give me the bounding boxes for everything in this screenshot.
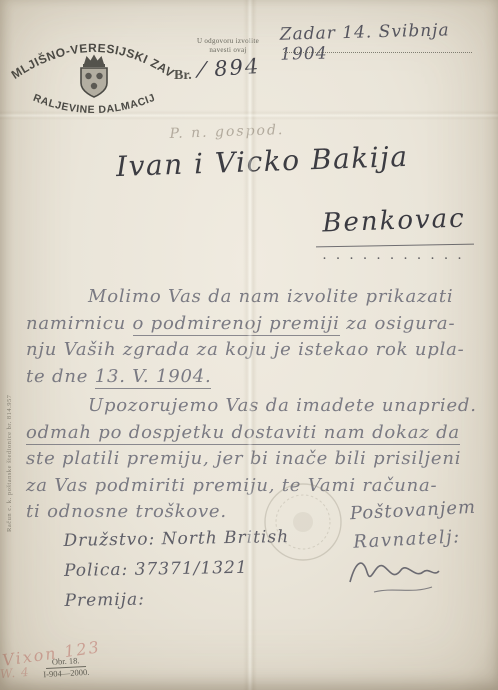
underlined-date: 13. V. 1904. [95,366,212,389]
recipient-place: Benkovac [306,203,483,239]
premium-line: Premija: [64,582,290,616]
place-underline [316,244,474,248]
reference-printed-label: Br. [174,68,192,84]
reply-note: U odgovoru izvolite navesti ovaj [182,37,274,54]
underlined-phrase: o podmirenoj premiji [133,313,340,336]
dotted-separator: . . . . . . . . . . . [318,250,470,262]
body-line: Molimo Vas da nam izvolite prikazati [26,284,478,311]
body-line: za Vas podmiriti premiju, te Vami računa… [26,473,478,500]
underlined-phrase: odmah po dospjetku dostaviti nam dokaz d… [26,422,460,445]
date-dotted-underline [284,52,472,53]
margin-print-vertical: Račun c. k. poštanske štedionice br. 814… [6,382,13,532]
pencil-note-2: W. 4 [0,665,30,682]
insurance-details: Družstvo: North British Polica: 37371/13… [63,522,290,616]
dalmatia-coat-of-arms-icon [81,55,107,98]
insurance-company-line: Družstvo: North British [63,522,289,556]
reply-note-line1: U odgovoru izvolite [182,37,274,46]
body-line: odmah po dospjetku dostaviti nam dokaz d… [26,420,478,447]
body-line: namirnicu o podmirenoj premiji za osigur… [26,311,478,338]
policy-number-line: Polica: 37371/1321 [64,552,290,586]
body-line: nju Vaših zgrada za koju je istekao rok … [26,337,478,364]
dateline-handwritten: Zadar 14. Svibnja 1904 [280,19,491,64]
body-line: te dne 13. V. 1904. [26,364,478,391]
letterhead-stamp: ZEMLJIŠNO-VERESIJSKI ZAVOD KRALJEVINE DA… [8,24,180,132]
body-text: za osigura- [340,313,456,334]
reply-note-line2: navesti ovaj [182,46,274,55]
body-line: ste platili premiju, jer bi inače bili p… [26,446,478,473]
director-signature [344,552,444,598]
body-text: te dne [26,366,95,387]
body-line: Upozorujemo Vas da imadete unapried. [26,393,478,420]
scanned-letter: ZEMLJIŠNO-VERESIJSKI ZAVOD KRALJEVINE DA… [0,0,498,690]
form-print-run: I-904—2000. [24,666,108,680]
recipient-names: Ivan i Vicko Bakija [116,140,410,183]
letter-body: Molimo Vas da nam izvolite prikazati nam… [26,284,478,526]
closing-title: Ravnatelj: [332,525,483,554]
body-text: namirnicu [26,313,133,334]
reference-number-handwritten: ⁄ 894 [199,54,261,82]
